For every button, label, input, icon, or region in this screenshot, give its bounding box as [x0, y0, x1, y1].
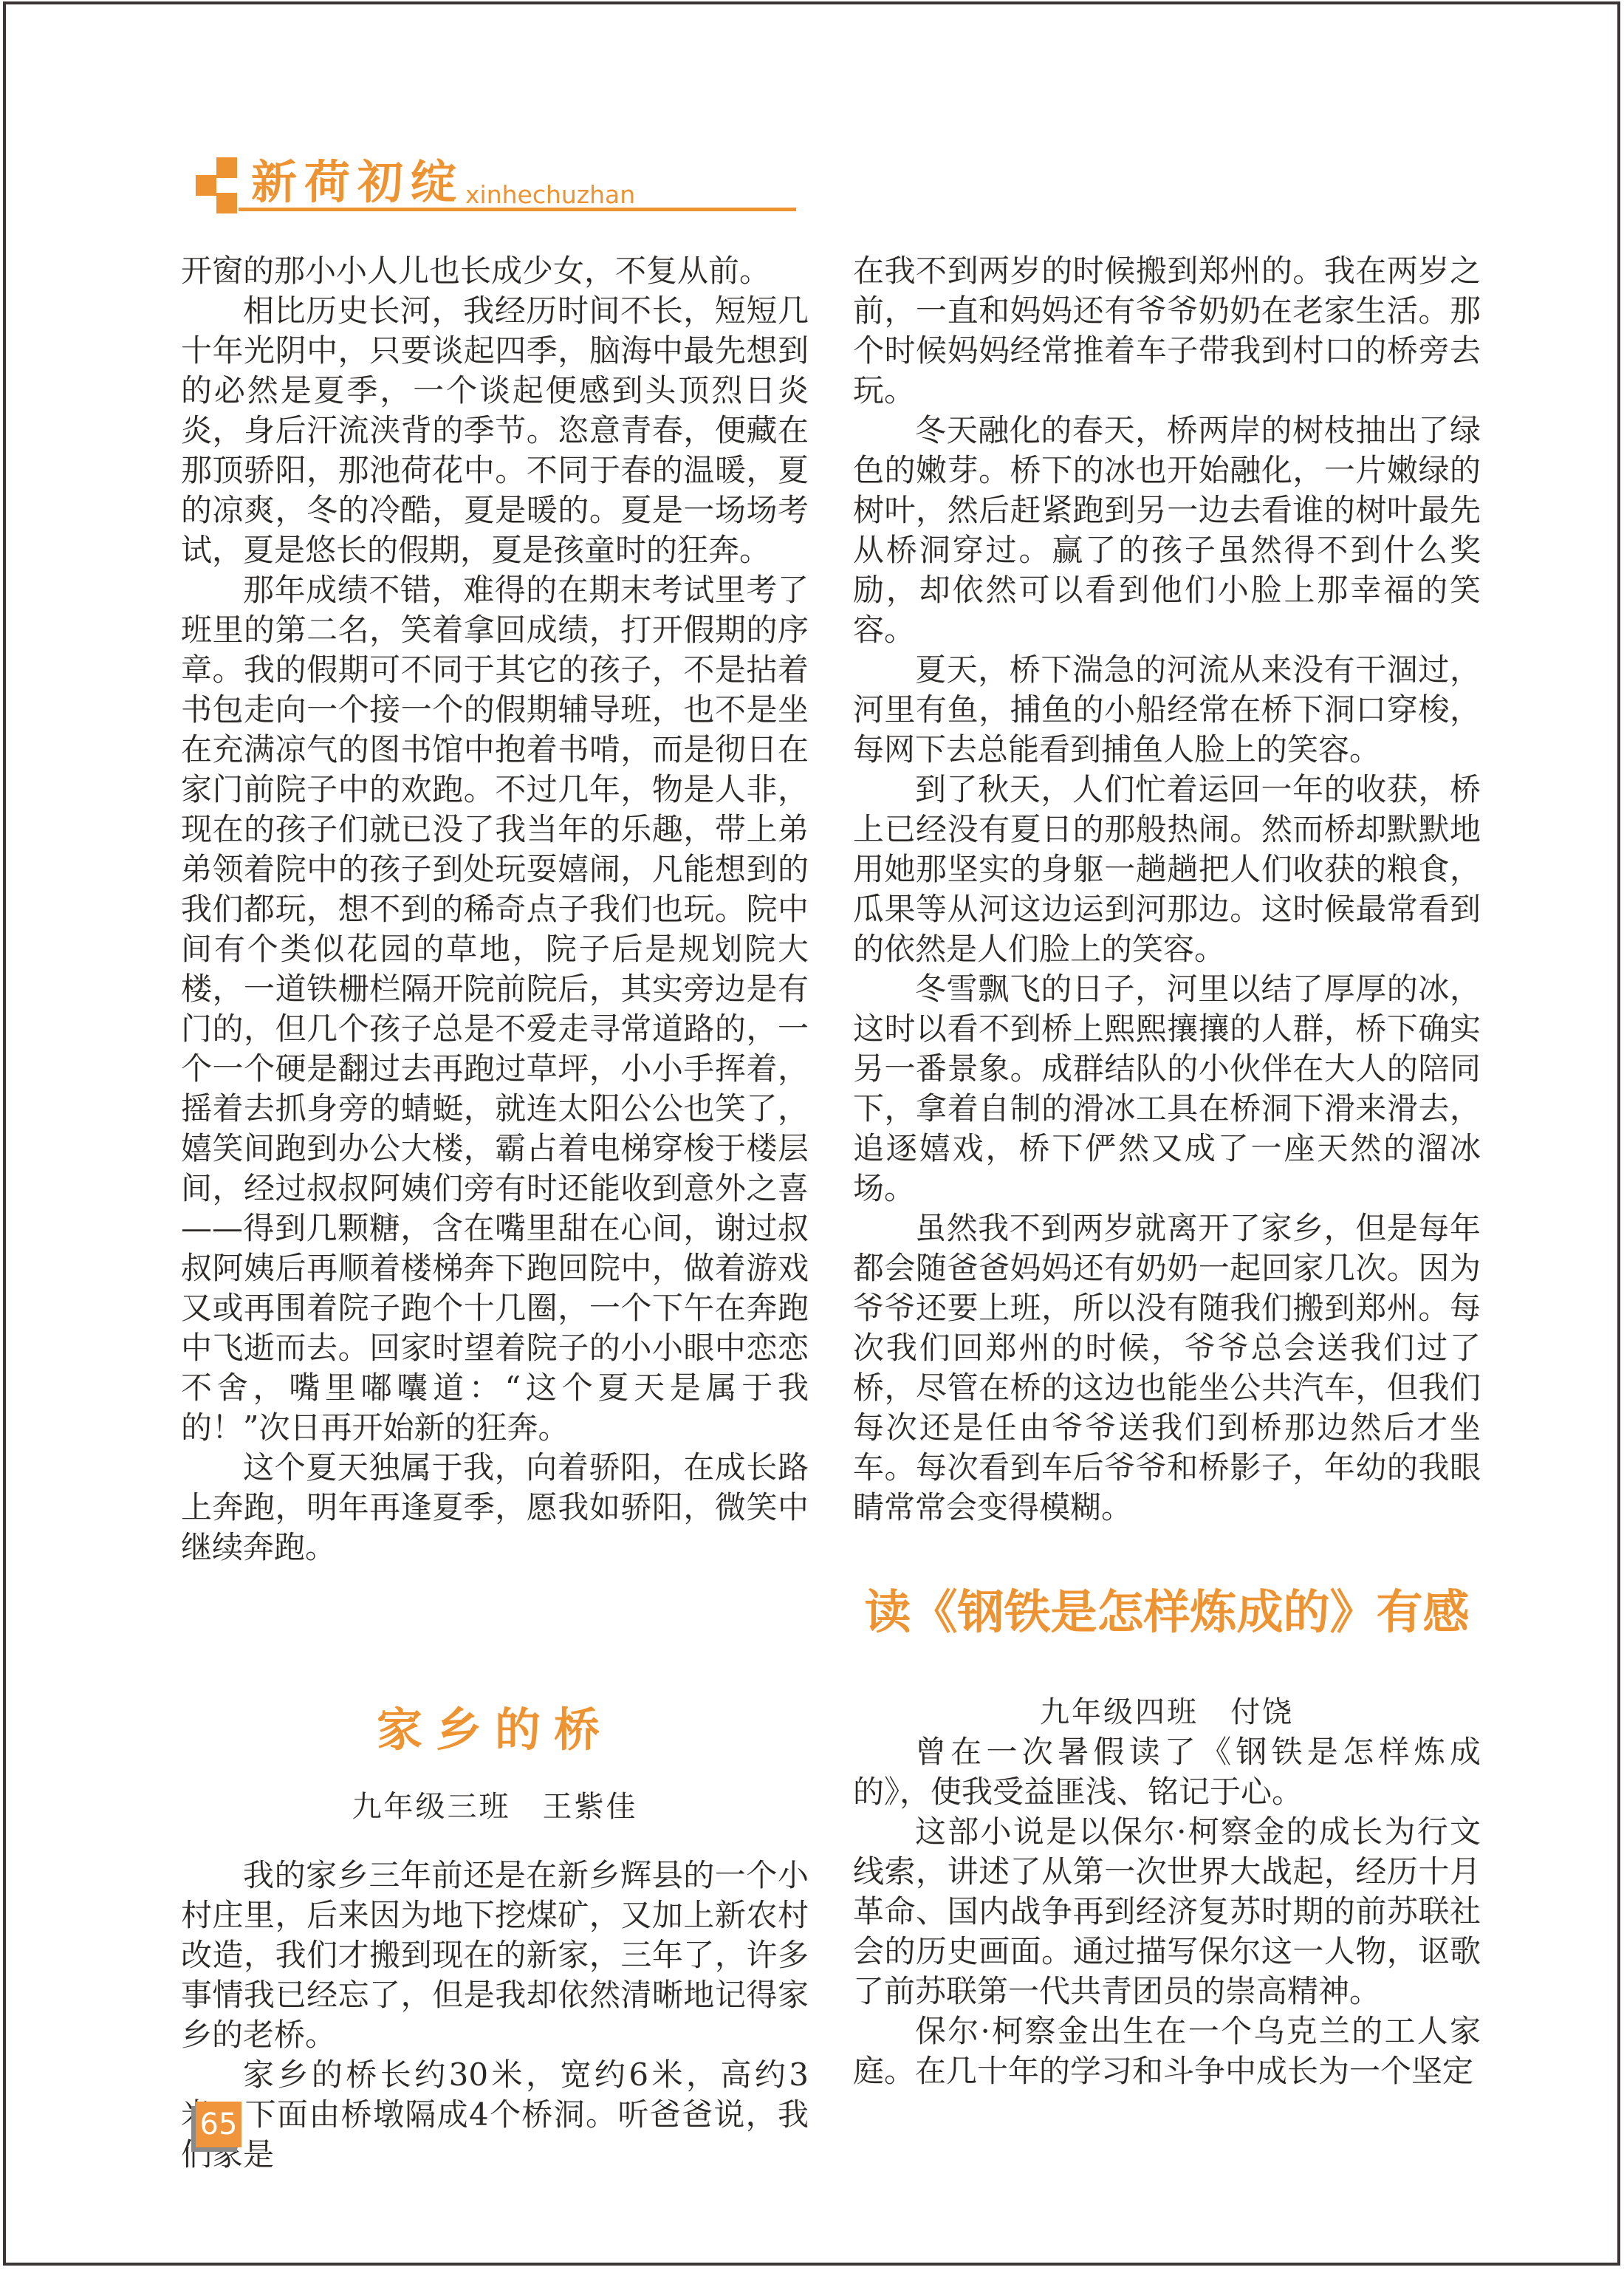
page-number-badge: 65: [196, 2102, 241, 2147]
header-rule: [239, 208, 796, 211]
section-header-subtitle: xinhechuzhan: [465, 180, 635, 210]
logo-square-icon: [196, 175, 216, 196]
essay2-author: 九年级三班 王紫佳: [177, 1783, 812, 1825]
section-header-title: 新荷初绽: [251, 157, 464, 208]
essay3-body: 曾在一次暑假读了《钢铁是怎样炼成的》，使我受益匪浅、铭记于心。这部小说是以保尔·…: [853, 1732, 1481, 2091]
magazine-page: { "colors": { "accent_orange": "#EE9332"…: [0, 0, 1624, 2270]
essay-paragraph: 虽然我不到两岁就离开了家乡，但是每年都会随爸爸妈妈还有奶奶一起回家几次。因为爷爷…: [853, 1208, 1481, 1528]
essay-paragraph: 开窗的那小小人儿也长成少女，不复从前。: [181, 251, 809, 291]
essay-paragraph: 冬雪飘飞的日子，河里以结了厚厚的冰，这时以看不到桥上熙熙攘攘的人群，桥下确实另一…: [853, 969, 1481, 1208]
essay2-body-continued: 在我不到两岁的时候搬到郑州的。我在两岁之前，一直和妈妈还有爷爷奶奶在老家生活。那…: [853, 251, 1481, 1528]
essay-paragraph: 这个夏天独属于我，向着骄阳，在成长路上奔跑，明年再逢夏季，愿我如骄阳，微笑中继续…: [181, 1448, 809, 1568]
essay-paragraph: 曾在一次暑假读了《钢铁是怎样炼成的》，使我受益匪浅、铭记于心。: [853, 1732, 1481, 1812]
essay-paragraph: 在我不到两岁的时候搬到郑州的。我在两岁之前，一直和妈妈还有爷爷奶奶在老家生活。那…: [853, 251, 1481, 411]
essay-paragraph: 这部小说是以保尔·柯察金的成长为行文线索，讲述了从第一次世界大战起，经历十月革命…: [853, 1812, 1481, 2011]
essay2-body: 我的家乡三年前还是在新乡辉县的一个小村庄里，后来因为地下挖煤矿，又加上新农村改造…: [181, 1856, 809, 2175]
essay3-author: 九年级四班 付饶: [849, 1689, 1484, 1731]
essay-paragraph: 家乡的桥长约30米，宽约6米，高约3米，下面由桥墩隔成4个桥洞。听爸爸说，我们家…: [181, 2055, 809, 2175]
essay-paragraph: 保尔·柯察金出生在一个乌克兰的工人家庭。在几十年的学习和斗争中成长为一个坚定: [853, 2011, 1481, 2091]
logo-square-icon: [216, 193, 237, 213]
essay1-body: 开窗的那小小人儿也长成少女，不复从前。相比历史长河，我经历时间不长，短短几十年光…: [181, 251, 809, 1568]
essay-paragraph: 夏天，桥下湍急的河流从来没有干涸过，河里有鱼，捕鱼的小船经常在桥下洞口穿梭，每网…: [853, 650, 1481, 770]
essay-paragraph: 冬天融化的春天，桥两岸的树枝抽出了绿色的嫩芽。桥下的冰也开始融化，一片嫩绿的树叶…: [853, 411, 1481, 650]
essay2-title: 家乡的桥: [177, 1693, 812, 1759]
essay3-title: 读《钢铁是怎样炼成的》有感: [849, 1575, 1484, 1642]
essay-paragraph: 到了秋天，人们忙着运回一年的收获，桥上已经没有夏日的那般热闹。然而桥却默默地用她…: [853, 770, 1481, 969]
logo-square-icon: [216, 157, 237, 178]
essay-paragraph: 相比历史长河，我经历时间不长，短短几十年光阴中，只要谈起四季，脑海中最先想到的必…: [181, 291, 809, 570]
essay-paragraph: 那年成绩不错，难得的在期末考试里考了班里的第二名，笑着拿回成绩，打开假期的序章。…: [181, 570, 809, 1448]
essay-paragraph: 我的家乡三年前还是在新乡辉县的一个小村庄里，后来因为地下挖煤矿，又加上新农村改造…: [181, 1856, 809, 2055]
